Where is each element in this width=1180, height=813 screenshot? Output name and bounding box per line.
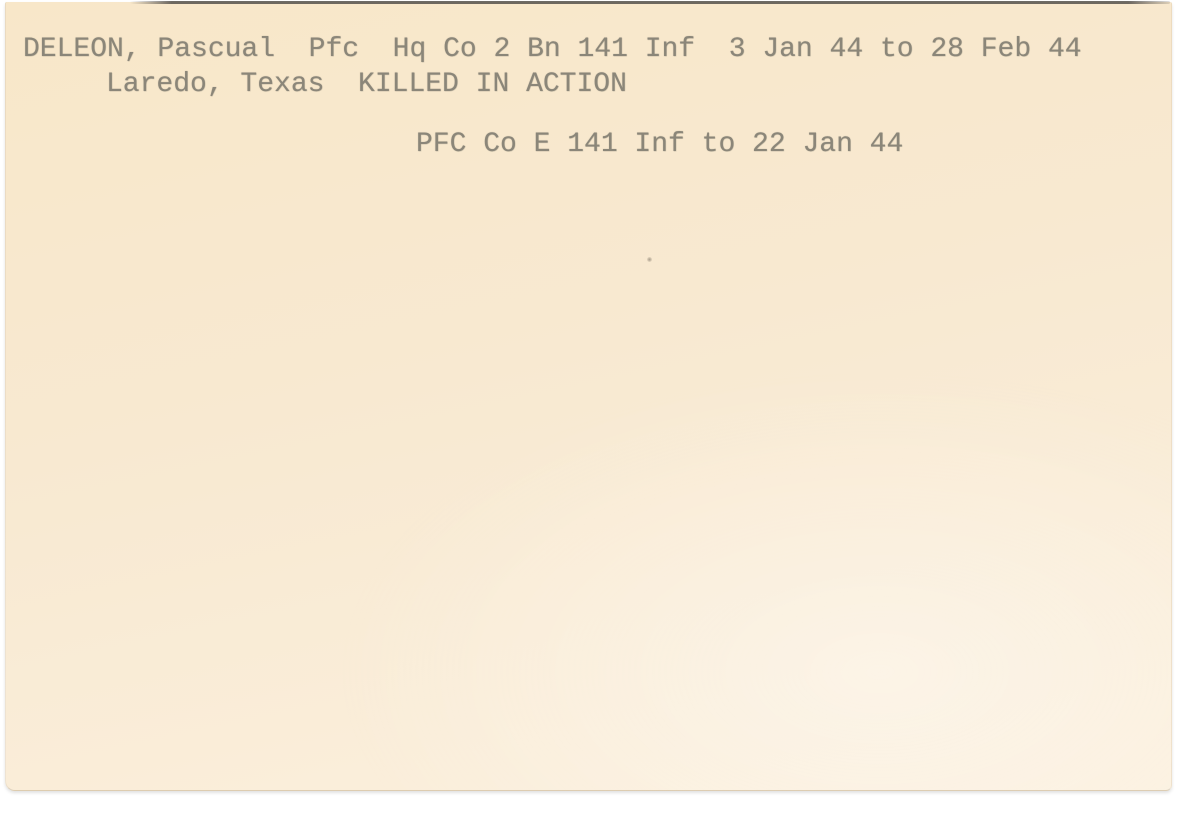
index-card: DELEON, Pascual Pfc Hq Co 2 Bn 141 Inf 3… <box>5 2 1172 791</box>
card-line-hometown-status: Laredo, Texas KILLED IN ACTION <box>106 71 627 99</box>
card-line-name-unit-dates: DELEON, Pascual Pfc Hq Co 2 Bn 141 Inf 3… <box>23 36 1082 64</box>
scanner-edge-artifact <box>130 1 1170 4</box>
ink-speck <box>647 257 652 262</box>
card-line-prior-assignment: PFC Co E 141 Inf to 22 Jan 44 <box>416 131 903 159</box>
scanned-document-canvas: DELEON, Pascual Pfc Hq Co 2 Bn 141 Inf 3… <box>0 0 1180 813</box>
